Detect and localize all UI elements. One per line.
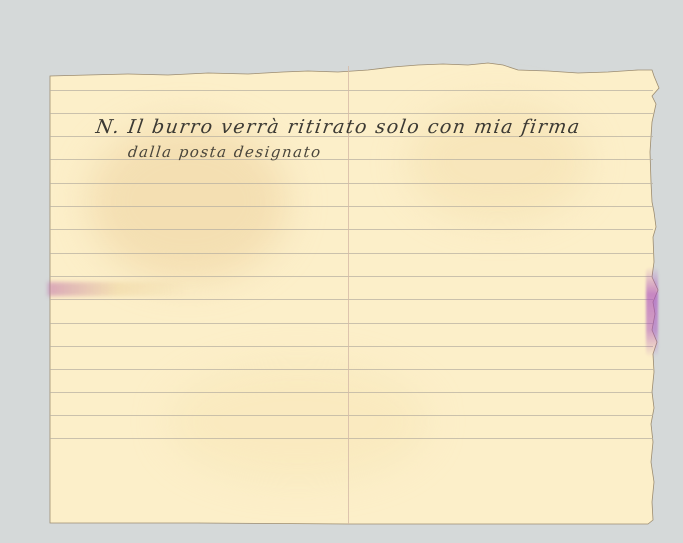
- handwritten-line-1: N. Il burro verrà ritirato solo con mia …: [94, 116, 582, 138]
- age-tint: [168, 362, 428, 482]
- ink-stain-left: [48, 282, 188, 296]
- ink-stain-right-edge: [646, 267, 658, 357]
- ruled-line: [50, 276, 653, 277]
- ruled-line: [50, 369, 653, 370]
- ruled-line: [50, 415, 653, 416]
- ruled-line: [50, 346, 653, 347]
- ruled-line: [50, 299, 653, 300]
- ruled-line: [50, 113, 653, 114]
- ruled-line: [50, 229, 653, 230]
- ruled-line: [50, 253, 653, 254]
- ruled-line: [50, 90, 653, 91]
- ruled-line: [50, 206, 653, 207]
- ruled-line: [50, 392, 653, 393]
- handwritten-line-2: dalla posta designato: [127, 143, 323, 161]
- scanned-document: N. Il burro verrà ritirato solo con mia …: [0, 0, 683, 543]
- ruled-line: [50, 183, 653, 184]
- ruled-line: [50, 323, 653, 324]
- ruled-line: [50, 438, 653, 439]
- lined-paper-sheet: N. Il burro verrà ritirato solo con mia …: [48, 62, 660, 525]
